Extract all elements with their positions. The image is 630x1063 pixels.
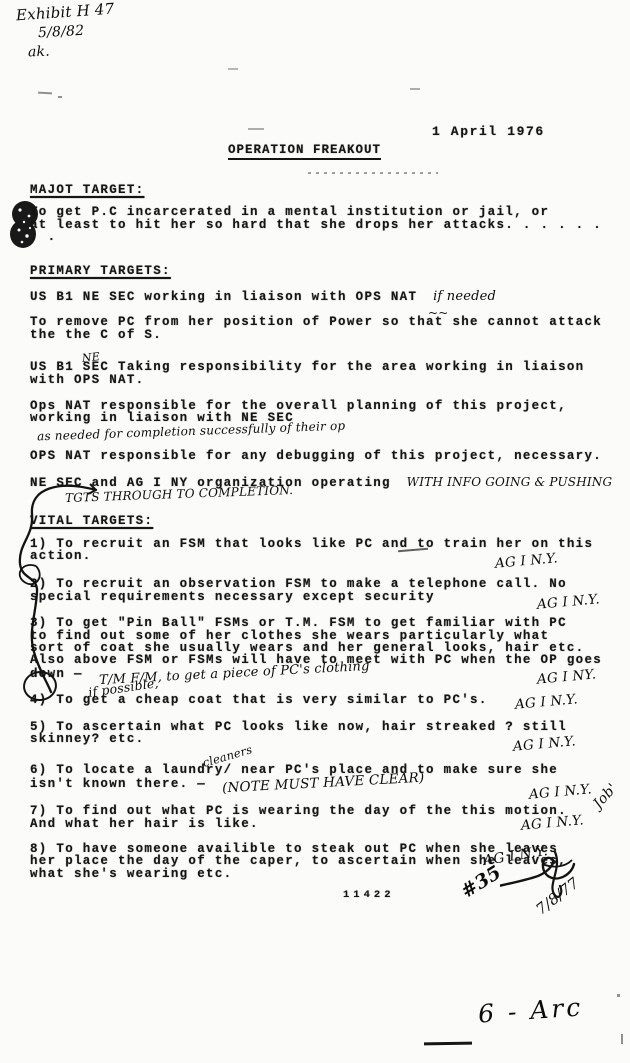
scan-noise xyxy=(621,1034,623,1044)
scan-smudge-row xyxy=(308,172,438,174)
typed-line: 6) To locate a laundry/ near PC's place … xyxy=(30,763,558,777)
typed-line: skinney? etc. xyxy=(30,732,144,746)
section-heading-primary-targets: PRIMARY TARGETS: xyxy=(30,265,171,277)
vital-item-3: 3) To get "Pin Ball" FSMs or T.M. FSM to… xyxy=(30,617,618,680)
scan-noise xyxy=(228,68,238,70)
document-date: 1 April 1976 xyxy=(432,126,545,138)
handwritten-ag-i-ny: AG I N.Y. xyxy=(529,783,593,801)
scan-noise xyxy=(38,92,52,95)
handwritten-if-needed: if needed xyxy=(433,289,496,304)
typed-line: with OPS NAT. xyxy=(30,373,144,387)
typed-line: And what her hair is like. xyxy=(30,817,259,831)
vital-item-6: cleaners 6) To locate a laundry/ near PC… xyxy=(30,764,618,790)
paragraph-primary-2: ~~ To remove PC from her position of Pow… xyxy=(30,316,618,341)
scan-noise xyxy=(617,994,620,997)
typed-line: isn't known there. — xyxy=(30,777,206,791)
handwritten-exhibit-note: Exhibit H 47 xyxy=(16,3,115,23)
handwritten-initials: ak. xyxy=(28,46,50,60)
vital-item-4: 4) To get a cheap coat that is very simi… xyxy=(30,694,618,706)
scan-noise xyxy=(58,96,62,98)
typed-line: the the C of S. xyxy=(30,328,162,342)
paragraph-major-target: To get P.C incarcerated in a mental inst… xyxy=(30,206,618,243)
scan-noise xyxy=(248,128,264,130)
ink-smear xyxy=(424,1042,472,1046)
vital-item-5: 5) To ascertain what PC looks like now, … xyxy=(30,721,618,746)
typed-line: OPS NAT responsible for any debugging of… xyxy=(30,449,602,463)
paragraph-primary-6: NE SEC and AG I NY organization operatin… xyxy=(30,476,618,489)
typed-line: US B1 NE SEC working in liaison with OPS… xyxy=(30,290,417,304)
vital-item-1: 1) To recruit an FSM that looks like PC … xyxy=(30,538,618,563)
typed-line: at least to hit her so hard that she dro… xyxy=(30,218,602,244)
handdrawn-margin-bracket xyxy=(4,478,114,706)
document-serial-number: 11422 xyxy=(343,889,395,901)
section-heading-major-target: MAJOT TARGET: xyxy=(30,184,618,196)
paragraph-primary-3: NE US B1 SEC Taking responsibility for t… xyxy=(30,361,618,386)
typed-line: 1) To recruit an FSM that looks like PC … xyxy=(30,537,593,551)
handwritten-exhibit-date: 5/8/82 xyxy=(38,25,85,40)
handwritten-ag-i-ny: AG I N.Y. xyxy=(495,553,559,571)
handwritten-6-arc: 6 - Arc xyxy=(478,1000,584,1020)
paragraph-primary-4: Ops NAT responsible for the overall plan… xyxy=(30,400,618,438)
handwritten-ag-i-ny: AG I N.Y. xyxy=(537,593,601,611)
vital-item-7: 7) To find out what PC is wearing the da… xyxy=(30,805,618,830)
scanned-document-page: Exhibit H 47 5/8/82 ak. 1 April 1976 OPE… xyxy=(0,0,630,1063)
paragraph-primary-1: US B1 NE SEC working in liaison with OPS… xyxy=(30,290,618,303)
handwritten-ag-i-ny: AG I N.Y. xyxy=(513,736,577,754)
handwritten-ne-insert: NE xyxy=(81,350,100,365)
page-title: OPERATION FREAKOUT xyxy=(228,144,381,160)
paragraph-primary-5: OPS NAT responsible for any debugging of… xyxy=(30,450,618,462)
handwritten-ag-i-ny: AG I NY. xyxy=(536,669,596,687)
vital-item-2: 2) To recruit an observation FSM to make… xyxy=(30,578,618,603)
handwritten-ag-i-ny: AG I N.Y. xyxy=(521,814,585,832)
document-body: MAJOT TARGET: To get P.C incarcerated in… xyxy=(30,184,618,880)
typed-line: what she's wearing etc. xyxy=(30,867,232,881)
handwritten-signature-scribble xyxy=(500,850,590,923)
scan-noise xyxy=(410,88,420,90)
handwritten-insertion-mark: ~~ xyxy=(428,307,449,320)
handwritten-ag-i-ny: AG I N.Y. xyxy=(515,693,579,711)
handwritten-info-pushing: WITH INFO GOING & PUSHING xyxy=(407,475,613,489)
